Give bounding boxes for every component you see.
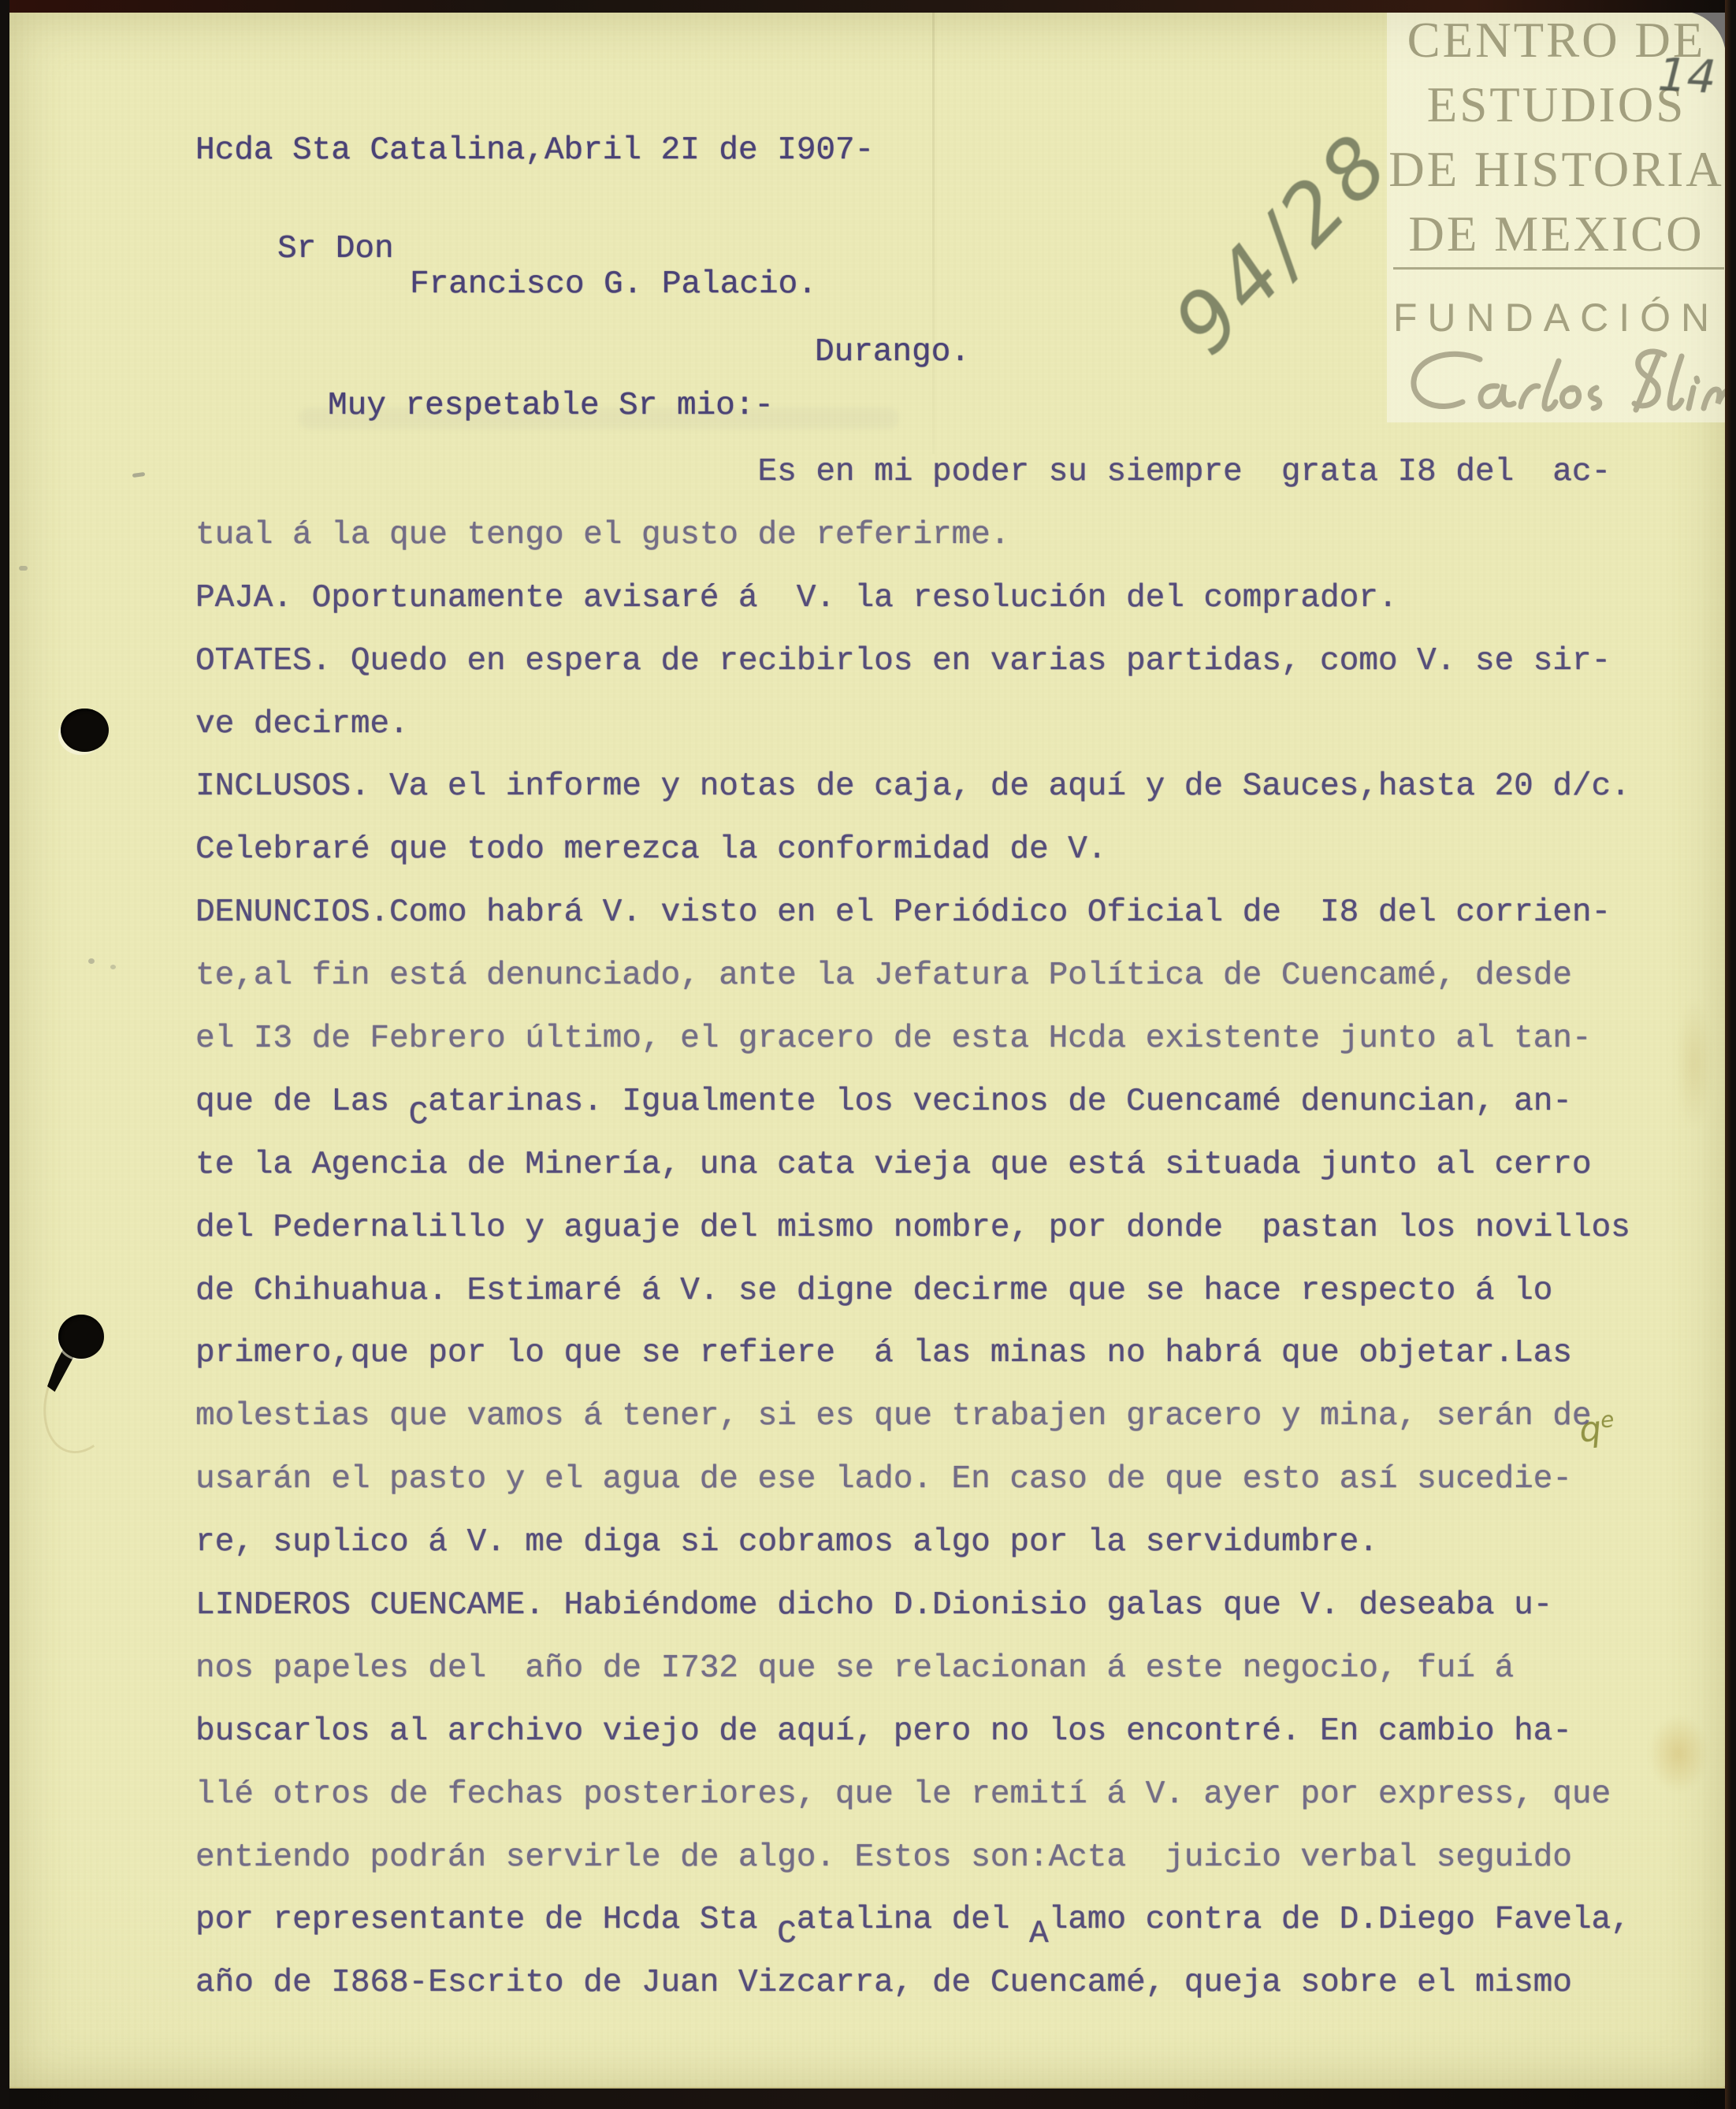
letter-line: re, suplico á V. me diga si cobramos alg… <box>195 1512 1693 1575</box>
letter-line: DENUNCIOS.Como habrá V. visto en el Peri… <box>195 882 1693 945</box>
letter-line: del Pedernalillo y aguaje del mismo nomb… <box>195 1197 1693 1260</box>
recipient-prefix: Sr Don <box>277 231 394 267</box>
pencil-page-number: 14 <box>1656 47 1717 104</box>
letter-line: Es en mi poder su siempre grata I8 del a… <box>195 441 1693 504</box>
punch-hole-bottom <box>58 1315 104 1359</box>
letter-line: el I3 de Febrero último, el gracero de e… <box>195 1008 1693 1071</box>
watermark-foundation-label: FUNDACIÓN <box>1388 295 1724 340</box>
letter-line: OTATES. Quedo en espera de recibirlos en… <box>195 630 1693 694</box>
letter-line: año de I868-Escrito de Juan Vizcarra, de… <box>195 1952 1693 2015</box>
dateline: Hcda Sta Catalina,Abril 2I de I907- <box>195 132 874 169</box>
letter-body: Es en mi poder su siempre grata I8 del a… <box>195 441 1693 2015</box>
scan-edge-top <box>0 0 1736 13</box>
letter-line: de Chihuahua. Estimaré á V. se digne dec… <box>195 1260 1693 1323</box>
paper-stain-edge <box>1671 977 1718 1151</box>
paper-crease <box>932 13 935 454</box>
scan-edge-right <box>1725 0 1736 2109</box>
paper-stain <box>1639 1702 1718 1805</box>
letter-line: ve decirme. <box>195 694 1693 757</box>
letter-line: que de Las Catarinas. Igualmente los vec… <box>195 1071 1693 1134</box>
letter-line: PAJA. Oportunamente avisaré á V. la reso… <box>195 567 1693 630</box>
letter-line: buscarlos al archivo viejo de aquí, pero… <box>195 1701 1693 1764</box>
punch-hole-top <box>61 709 109 752</box>
letter-line: nos papeles del año de I732 que se relac… <box>195 1638 1693 1701</box>
letter-line: te la Agencia de Minería, una cata vieja… <box>195 1134 1693 1197</box>
letter-line: INCLUSOS. Va el informe y notas de caja,… <box>195 756 1693 819</box>
ink-speck <box>88 958 95 964</box>
letter-line: llé otros de fechas posteriores, que le … <box>195 1764 1693 1827</box>
scan-edge-left <box>0 0 9 2109</box>
scan-edge-bottom <box>0 2089 1736 2109</box>
letter-line: te,al fin está denunciado, ante la Jefat… <box>195 945 1693 1008</box>
letter-line: primero,que por lo que se refiere á las … <box>195 1322 1693 1386</box>
letter-line: molestias que vamos á tener, si es que t… <box>195 1386 1693 1449</box>
letter-line: usarán el pasto y el agua de ese lado. E… <box>195 1449 1693 1512</box>
letter-line: entiendo podrán servirle de algo. Estos … <box>195 1827 1693 1890</box>
recipient-city: Durango. <box>815 334 970 370</box>
watermark-line-3: DE HISTORIA <box>1388 145 1724 195</box>
watermark-divider <box>1393 267 1724 270</box>
pencil-speck <box>19 566 28 571</box>
letter-line: LINDEROS CUENCAME. Habiéndome dicho D.Di… <box>195 1575 1693 1638</box>
scanned-letter-page: CENTRO DE ESTUDIOS DE HISTORIA DE MEXICO… <box>0 0 1736 2109</box>
letter-line: tual á la que tengo el gusto de referirm… <box>195 504 1693 567</box>
letter-line: por representante de Hcda Sta Catalina d… <box>195 1889 1693 1952</box>
letter-line: Celebraré que todo merezca la conformida… <box>195 819 1693 882</box>
ink-bleed-ghost <box>299 408 898 429</box>
ink-speck <box>110 965 116 969</box>
recipient-name: Francisco G. Palacio. <box>410 266 817 303</box>
carlos-slim-signature <box>1404 345 1734 427</box>
